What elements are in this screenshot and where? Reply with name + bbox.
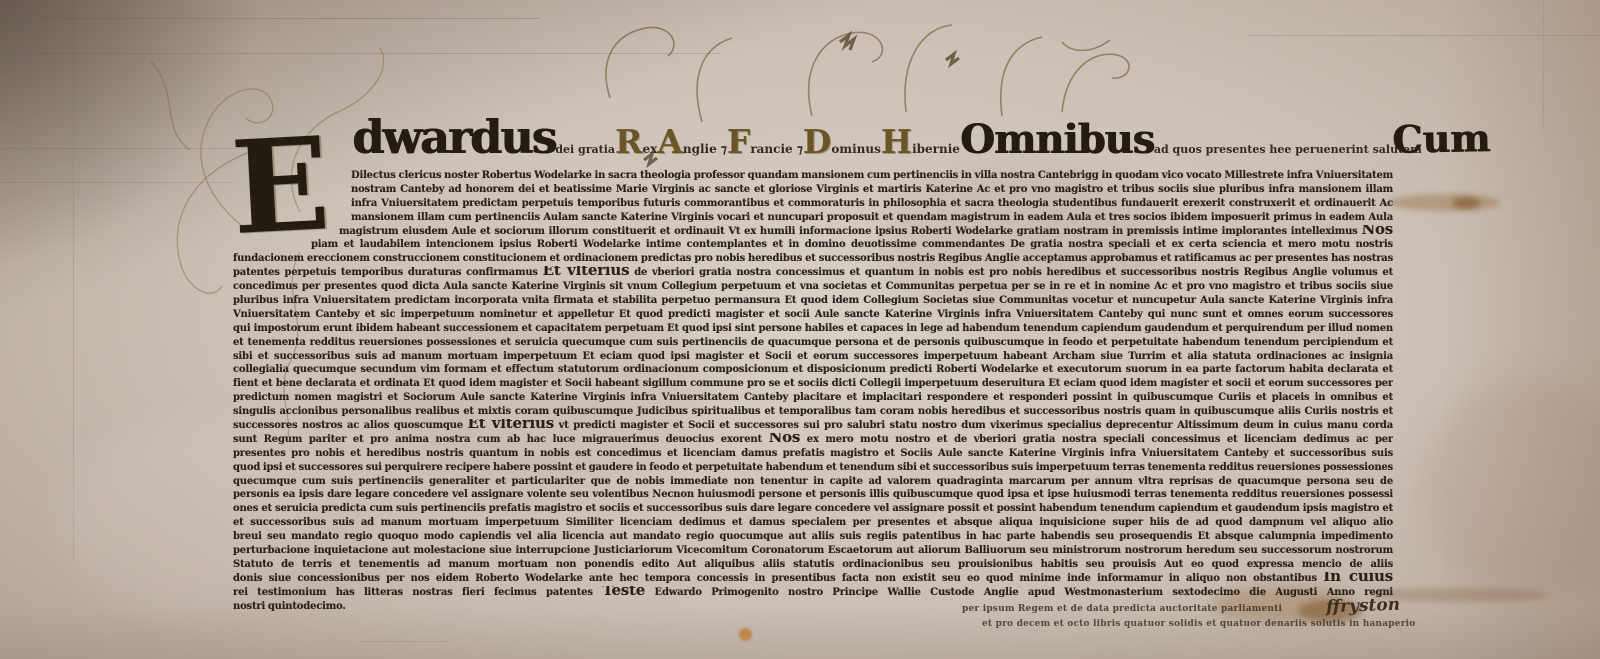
ruling-line [360,641,450,642]
cadel-capital: A [657,122,683,161]
ruling-line [73,0,74,560]
charter-line: collegialia quecumque secundum vim forma… [233,363,1393,377]
charter-line: magistrum eiusdem Aule et sociorum illor… [233,225,1393,239]
ruling-line [1543,0,1544,130]
heading-title-hibernie: Hibernie [881,122,960,161]
charter-line: concedimus per presentes quod dicta Aula… [233,280,1393,294]
charter-line: Dilectus clericus noster Robertus Wodela… [233,169,1393,183]
ruling-line [1248,35,1600,36]
charter-line: quod ipsi et successores sui perquirere … [233,461,1393,475]
charter-line: qui impostorum erunt ibidem habeant succ… [233,322,1393,336]
charter-line: pluribus infra Vniuersitatem predictam i… [233,294,1393,308]
charter-line: rei testimonium has litteras nostras fie… [233,586,1393,600]
cadel-capital: R [615,122,642,161]
charter-line: et successoribus suis ad manum mortuam i… [233,516,1393,530]
charter-line: predictum nomen magistri et Sociorum Aul… [233,391,1393,405]
cadel-capital: H [881,122,912,161]
charter-line: mansionem illam cum pertinenciis Aulam s… [233,211,1393,225]
heading-dei-gratia: dei gratia [555,143,615,156]
charter-line: patentes perpetuis temporibus duraturas … [233,266,1393,280]
charter-line: personis ea ipsis dare legare concedere … [233,488,1393,502]
parchment-mottle [1420,380,1600,600]
charter-line: donis siue concessionibus per nos eidem … [233,572,1393,586]
heading-address: ad quos presentes hee peruenerint salute… [1154,143,1422,156]
charter-line: perturbacione inquietacione aut molestac… [233,544,1393,558]
heading-cum: Cum [1392,115,1491,162]
clerk-signature: ffryston [1326,595,1401,618]
charter-line: infra Vniuersitatem predictam perpetuis … [233,197,1393,211]
charter-line: et tenementa redditus reuersiones posses… [233,336,1393,350]
heading-title-rex: Rex [615,122,657,161]
heading-omnibus: Omnibus [960,116,1154,163]
charter-line: piam et laudabilem intencionem ipsius Ro… [233,238,1393,252]
charter-line: ones et seruicia predicta cum suis perti… [233,502,1393,516]
charter-body: Dilectus clericus noster Robertus Wodela… [233,169,1393,614]
ruling-line [0,148,235,149]
charter-line: quecumque cum suis pertinenciis generali… [233,475,1393,489]
charter-heading: dwardus dei gratia Rex Anglie ⁊ Francie … [352,110,1386,172]
stain [1452,197,1480,209]
charter-line: Statuto de terris et tenementis ad manum… [233,558,1393,572]
cadel-capital: F [727,122,750,161]
charter-line: presentes pro nobis et heredibus nostris… [233,447,1393,461]
ruling-line [0,18,540,19]
ruling-line [0,53,720,54]
ink-dot [739,628,752,641]
cadel-capital: D [803,122,832,161]
chancery-note-authority: per ipsum Regem et de data predicta auct… [962,604,1282,614]
parchment-charter: E dwardus dei gratia Rex Anglie ⁊ Franci… [0,0,1600,659]
charter-line: breui seu mandato regio quoquo modo capi… [233,530,1393,544]
chancery-note-fee: et pro decem et octo libris quatuor soli… [982,619,1416,629]
charter-line: fient et bene declarata et ordinata Et q… [233,377,1393,391]
heading-title-anglie: Anglie ⁊ [657,122,727,161]
charter-line: sibi et successoribus suis ad manum mort… [233,350,1393,364]
stain [1388,194,1500,211]
ruling-line [0,182,232,183]
heading-title-dominus: Dominus [803,122,881,161]
charter-line: singulis accionibus personalibus realibu… [233,405,1393,419]
heading-title-francie: Francie ⁊ [727,122,803,161]
charter-line: sunt Regum pariter et pro anima nostra c… [233,433,1393,447]
charter-line: fundacionem ereccionem construccionem co… [233,252,1393,266]
charter-line: Vniuersitatem Canteby et sic imperpetuum… [233,308,1393,322]
charter-line: nostram Canteby ad honorem dei et beatis… [233,183,1393,197]
heading-kings-name: dwardus [352,110,555,164]
charter-line: successores nostros ac alios quoscumque … [233,419,1393,433]
